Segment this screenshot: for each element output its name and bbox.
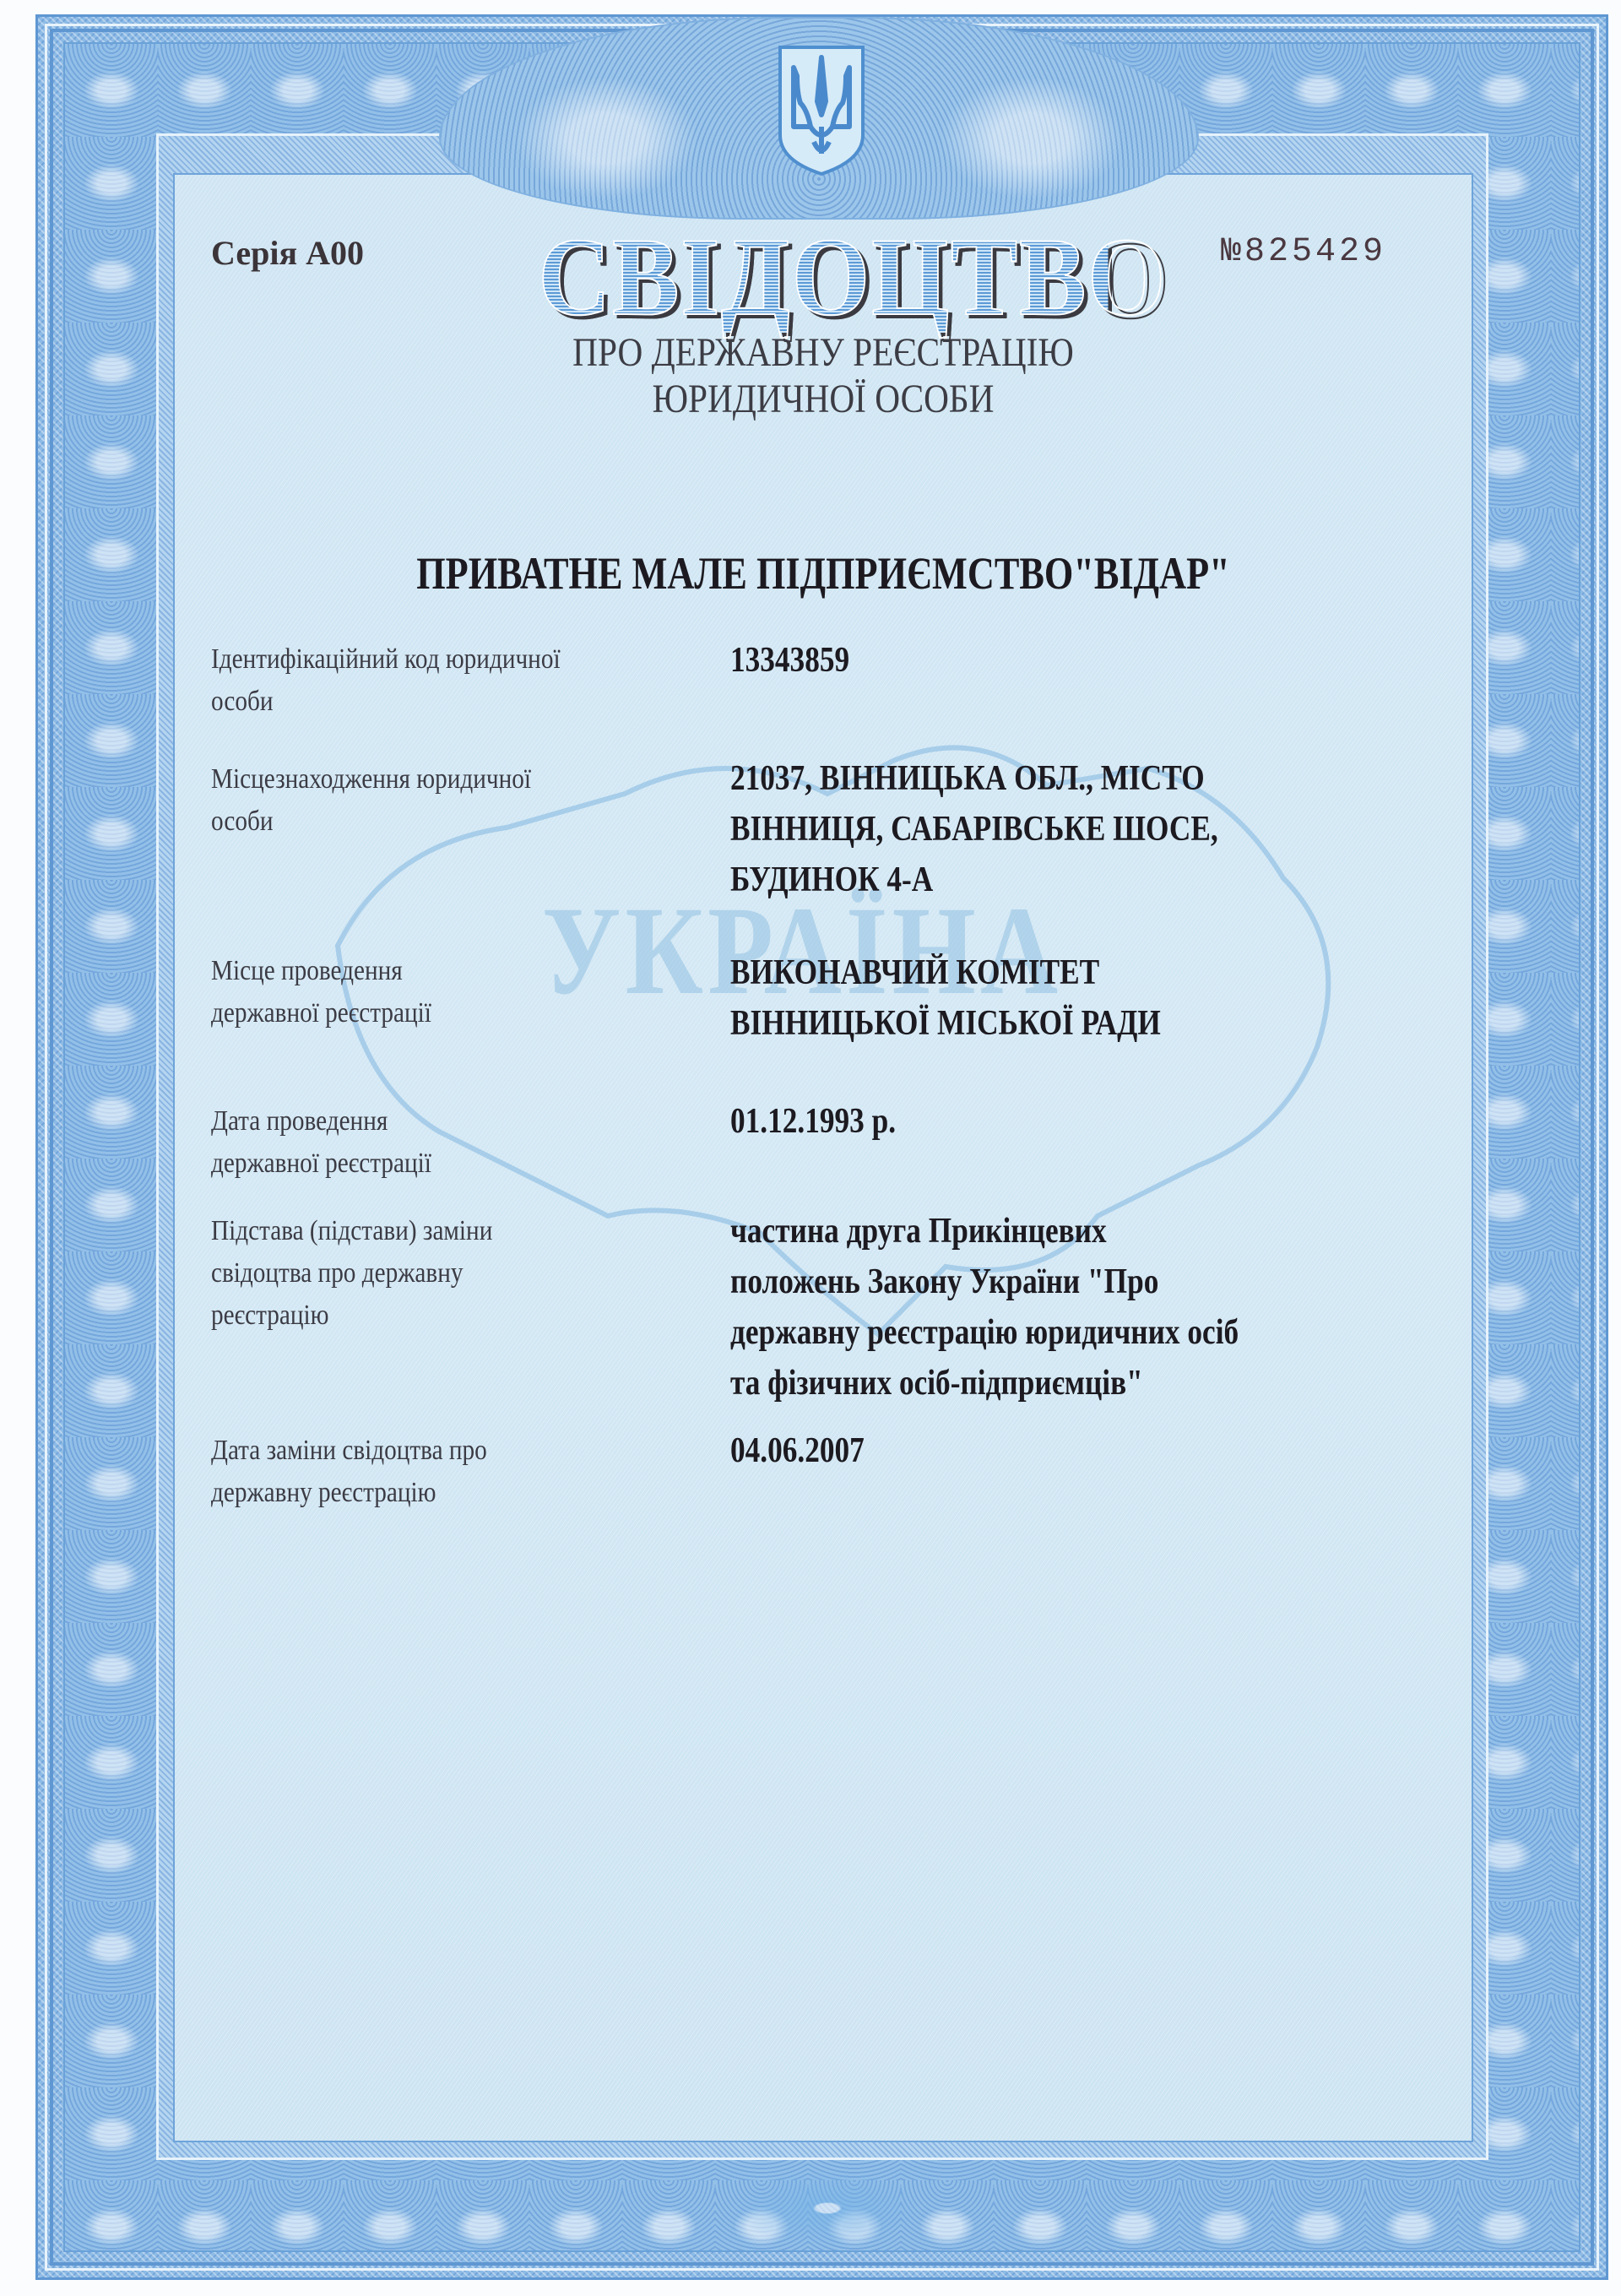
trident-coat-of-arms-icon [775,42,868,177]
field-value-replacement-date: 04.06.2007 [730,1425,1369,1476]
field-value-replacement-basis: частина друга Прикінцевих положень Закон… [730,1206,1369,1409]
field-label-replacement-basis: Підстава (підстави) заміни свідоцтва про… [211,1210,618,1337]
field-label-registration-date: Дата проведення державної реєстрації [211,1100,618,1185]
document-title: СВІДОЦТВО [539,221,1109,333]
company-name: ПРИВАТНЕ МАЛЕ ПІДПРИЄМСТВО"ВІДАР" [290,551,1357,596]
certificate-number: №825429 [1221,233,1386,271]
field-value-registration-place: ВИКОНАВЧИЙ КОМІТЕТ ВІННИЦЬКОЇ МІСЬКОЇ РА… [730,947,1369,1049]
field-label-location: Місцезнаходження юридичної особи [211,758,618,843]
bottom-rosette-icon [726,2166,929,2250]
series-label: Серія А00 [211,233,364,273]
field-label-registration-place: Місце проведення державної реєстрації [211,950,618,1034]
subtitle-line-1: ПРО ДЕРЖАВНУ РЕЄСТРАЦІЮ [264,333,1382,373]
field-value-registration-date: 01.12.1993 р. [730,1096,1369,1147]
field-label-replacement-date: Дата заміни свідоцтва про державну реєст… [211,1430,618,1514]
field-value-id-code: 13343859 [730,635,1369,686]
field-value-location: 21037, ВІННИЦЬКА ОБЛ., МІСТО ВІННИЦЯ, СА… [730,753,1369,905]
field-label-id-code: Ідентифікаційний код юридичної особи [211,638,618,723]
subtitle-line-2: ЮРИДИЧНОЇ ОСОБИ [264,379,1382,420]
